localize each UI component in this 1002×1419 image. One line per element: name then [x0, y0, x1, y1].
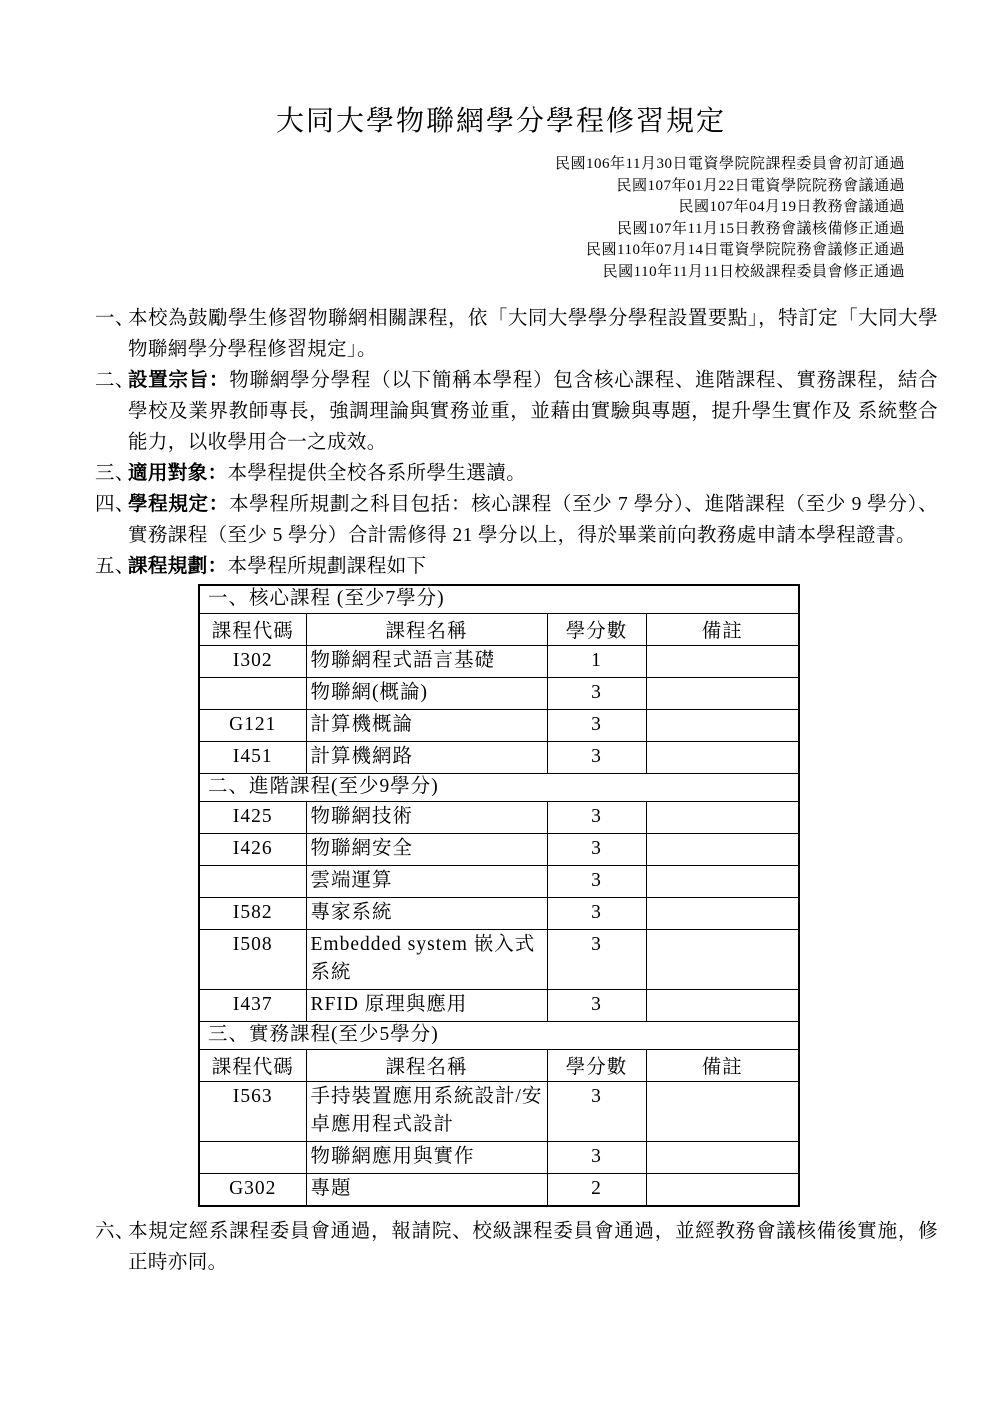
course-remark-cell — [646, 646, 799, 678]
item-5-number: 五、 — [95, 551, 128, 582]
item-5-body: 本學程所規劃課程如下 — [228, 556, 427, 577]
item-3: 三、 適用對象：本學程提供全校各系所學生選讀。 — [0, 458, 1002, 489]
table-section-title: 一、核心課程 (至少7學分) — [199, 585, 799, 614]
course-credits-cell: 1 — [547, 646, 646, 678]
item-6: 六、 本規定經系課程委員會通過，報請院、校級課程委員會通過，並經教務會議核備後實… — [0, 1216, 1002, 1278]
course-name-cell: 物聯網應用與實作 — [306, 1142, 547, 1174]
table-section-title: 二、進階課程(至少9學分) — [199, 774, 799, 802]
table-column-header: 備註 — [646, 614, 799, 646]
course-credits-cell: 3 — [547, 866, 646, 898]
course-name-cell: RFID 原理與應用 — [306, 990, 547, 1022]
course-credits-cell: 3 — [547, 1082, 646, 1142]
course-code-cell — [199, 1142, 306, 1174]
course-name-cell: 專題 — [306, 1174, 547, 1207]
table-column-header: 課程名稱 — [306, 614, 547, 646]
item-1-number: 一、 — [95, 303, 128, 365]
revision-line: 民國107年01月22日電資學院院務會議通過 — [0, 176, 905, 198]
course-row: I508Embedded system 嵌入式系統3 — [199, 930, 799, 990]
course-remark-cell — [646, 1142, 799, 1174]
table-column-header: 課程代碼 — [199, 614, 306, 646]
revision-line: 民國107年11月15日教務會議核備修正通過 — [0, 219, 905, 241]
item-6-number: 六、 — [95, 1216, 128, 1278]
course-code-cell: I425 — [199, 802, 306, 834]
table-section-title: 三、實務課程(至少5學分) — [199, 1022, 799, 1050]
revision-line: 民國110年07月14日電資學院院務會議修正通過 — [0, 240, 905, 262]
course-table: 一、核心課程 (至少7學分)課程代碼課程名稱學分數備註I302物聯網程式語言基礎… — [198, 584, 800, 1207]
course-name-cell: 物聯網技術 — [306, 802, 547, 834]
course-remark-cell — [646, 678, 799, 710]
item-6-body: 本規定經系課程委員會通過，報請院、校級課程委員會通過，並經教務會議核備後實施，修… — [128, 1221, 938, 1273]
revision-line: 民國110年11月11日校級課程委員會修正通過 — [0, 262, 905, 284]
item-2-body: 物聯網學分學程（以下簡稱本學程）包含核心課程、進階課程、實務課程，結合學校及業界… — [128, 370, 938, 453]
table-section-row: 三、實務課程(至少5學分) — [199, 1022, 799, 1050]
course-credits-cell: 2 — [547, 1174, 646, 1207]
table-section-row: 二、進階課程(至少9學分) — [199, 774, 799, 802]
item-3-body: 本學程提供全校各系所學生選讀。 — [228, 463, 527, 484]
course-code-cell — [199, 866, 306, 898]
revision-history: 民國106年11月30日電資學院院課程委員會初訂通過民國107年01月22日電資… — [0, 154, 1002, 283]
course-code-cell: I451 — [199, 742, 306, 774]
table-header-row: 課程代碼課程名稱學分數備註 — [199, 1050, 799, 1082]
course-remark-cell — [646, 742, 799, 774]
course-row: G302專題2 — [199, 1174, 799, 1207]
course-row: I437RFID 原理與應用3 — [199, 990, 799, 1022]
course-row: I425物聯網技術3 — [199, 802, 799, 834]
course-name-cell: 物聯網程式語言基礎 — [306, 646, 547, 678]
course-row: I582專家系統3 — [199, 898, 799, 930]
course-credits-cell: 3 — [547, 990, 646, 1022]
item-1-body: 本校為鼓勵學生修習物聯網相關課程，依「大同大學學分學程設置要點」，特訂定「大同大… — [128, 308, 938, 360]
item-2-label: 設置宗旨： — [128, 370, 229, 391]
course-remark-cell — [646, 866, 799, 898]
table-column-header: 備註 — [646, 1050, 799, 1082]
table-column-header: 課程代碼 — [199, 1050, 306, 1082]
course-name-cell: 計算機網路 — [306, 742, 547, 774]
item-5-label: 課程規劃： — [128, 556, 228, 577]
course-code-cell: I302 — [199, 646, 306, 678]
course-credits-cell: 3 — [547, 802, 646, 834]
revision-line: 民國106年11月30日電資學院院課程委員會初訂通過 — [0, 154, 905, 176]
item-4-label: 學程規定： — [128, 494, 229, 515]
course-remark-cell — [646, 834, 799, 866]
document-page: 大同大學物聯網學分學程修習規定 民國106年11月30日電資學院院課程委員會初訂… — [0, 0, 1002, 1419]
course-row: 雲端運算3 — [199, 866, 799, 898]
course-remark-cell — [646, 1082, 799, 1142]
course-credits-cell: 3 — [547, 678, 646, 710]
course-name-cell: 雲端運算 — [306, 866, 547, 898]
regulation-items: 一、 本校為鼓勵學生修習物聯網相關課程，依「大同大學學分學程設置要點」，特訂定「… — [0, 303, 1002, 582]
course-credits-cell: 3 — [547, 710, 646, 742]
item-2-number: 二、 — [95, 365, 128, 458]
course-name-cell: 物聯網安全 — [306, 834, 547, 866]
course-code-cell: I437 — [199, 990, 306, 1022]
item-4-text: 學程規定：本學程所規劃之科目包括：核心課程（至少 7 學分）、進階課程（至少 9… — [128, 489, 938, 551]
course-row: I563手持裝置應用系統設計/安卓應用程式設計3 — [199, 1082, 799, 1142]
course-remark-cell — [646, 710, 799, 742]
course-credits-cell: 3 — [547, 898, 646, 930]
course-name-cell: 計算機概論 — [306, 710, 547, 742]
item-3-number: 三、 — [95, 458, 128, 489]
item-2-text: 設置宗旨：物聯網學分學程（以下簡稱本學程）包含核心課程、進階課程、實務課程，結合… — [128, 365, 938, 458]
item-6-text: 本規定經系課程委員會通過，報請院、校級課程委員會通過，並經教務會議核備後實施，修… — [128, 1216, 938, 1278]
table-column-header: 學分數 — [547, 1050, 646, 1082]
item-4: 四、 學程規定：本學程所規劃之科目包括：核心課程（至少 7 學分）、進階課程（至… — [0, 489, 1002, 551]
course-row: 物聯網(概論)3 — [199, 678, 799, 710]
item-2: 二、 設置宗旨：物聯網學分學程（以下簡稱本學程）包含核心課程、進階課程、實務課程… — [0, 365, 1002, 458]
closing-item-wrap: 六、 本規定經系課程委員會通過，報請院、校級課程委員會通過，並經教務會議核備後實… — [0, 1216, 1002, 1278]
course-name-cell: 專家系統 — [306, 898, 547, 930]
course-table-wrap: 一、核心課程 (至少7學分)課程代碼課程名稱學分數備註I302物聯網程式語言基礎… — [198, 584, 1002, 1207]
item-5-text: 課程規劃：本學程所規劃課程如下 — [128, 551, 938, 582]
table-column-header: 課程名稱 — [306, 1050, 547, 1082]
course-remark-cell — [646, 1174, 799, 1207]
course-credits-cell: 3 — [547, 742, 646, 774]
revision-line: 民國107年04月19日教務會議通過 — [0, 197, 905, 219]
course-code-cell: G121 — [199, 710, 306, 742]
course-code-cell — [199, 678, 306, 710]
course-code-cell: I563 — [199, 1082, 306, 1142]
course-remark-cell — [646, 802, 799, 834]
item-5: 五、 課程規劃：本學程所規劃課程如下 — [0, 551, 1002, 582]
item-4-body: 本學程所規劃之科目包括：核心課程（至少 7 學分）、進階課程（至少 9 學分）、… — [128, 494, 938, 546]
item-1: 一、 本校為鼓勵學生修習物聯網相關課程，依「大同大學學分學程設置要點」，特訂定「… — [0, 303, 1002, 365]
table-section-row: 一、核心課程 (至少7學分) — [199, 585, 799, 614]
course-remark-cell — [646, 930, 799, 990]
course-name-cell: 手持裝置應用系統設計/安卓應用程式設計 — [306, 1082, 547, 1142]
course-code-cell: I508 — [199, 930, 306, 990]
course-name-cell: 物聯網(概論) — [306, 678, 547, 710]
table-column-header: 學分數 — [547, 614, 646, 646]
course-row: I302物聯網程式語言基礎1 — [199, 646, 799, 678]
course-credits-cell: 3 — [547, 1142, 646, 1174]
course-code-cell: I582 — [199, 898, 306, 930]
course-row: G121計算機概論3 — [199, 710, 799, 742]
course-credits-cell: 3 — [547, 930, 646, 990]
course-remark-cell — [646, 990, 799, 1022]
course-row: I451計算機網路3 — [199, 742, 799, 774]
item-3-text: 適用對象：本學程提供全校各系所學生選讀。 — [128, 458, 938, 489]
course-row: I426物聯網安全3 — [199, 834, 799, 866]
course-row: 物聯網應用與實作3 — [199, 1142, 799, 1174]
item-3-label: 適用對象： — [128, 463, 228, 484]
document-title: 大同大學物聯網學分學程修習規定 — [0, 0, 1002, 140]
item-4-number: 四、 — [95, 489, 128, 551]
item-1-text: 本校為鼓勵學生修習物聯網相關課程，依「大同大學學分學程設置要點」，特訂定「大同大… — [128, 303, 938, 365]
course-credits-cell: 3 — [547, 834, 646, 866]
course-remark-cell — [646, 898, 799, 930]
course-code-cell: G302 — [199, 1174, 306, 1207]
course-code-cell: I426 — [199, 834, 306, 866]
table-header-row: 課程代碼課程名稱學分數備註 — [199, 614, 799, 646]
course-name-cell: Embedded system 嵌入式系統 — [306, 930, 547, 990]
